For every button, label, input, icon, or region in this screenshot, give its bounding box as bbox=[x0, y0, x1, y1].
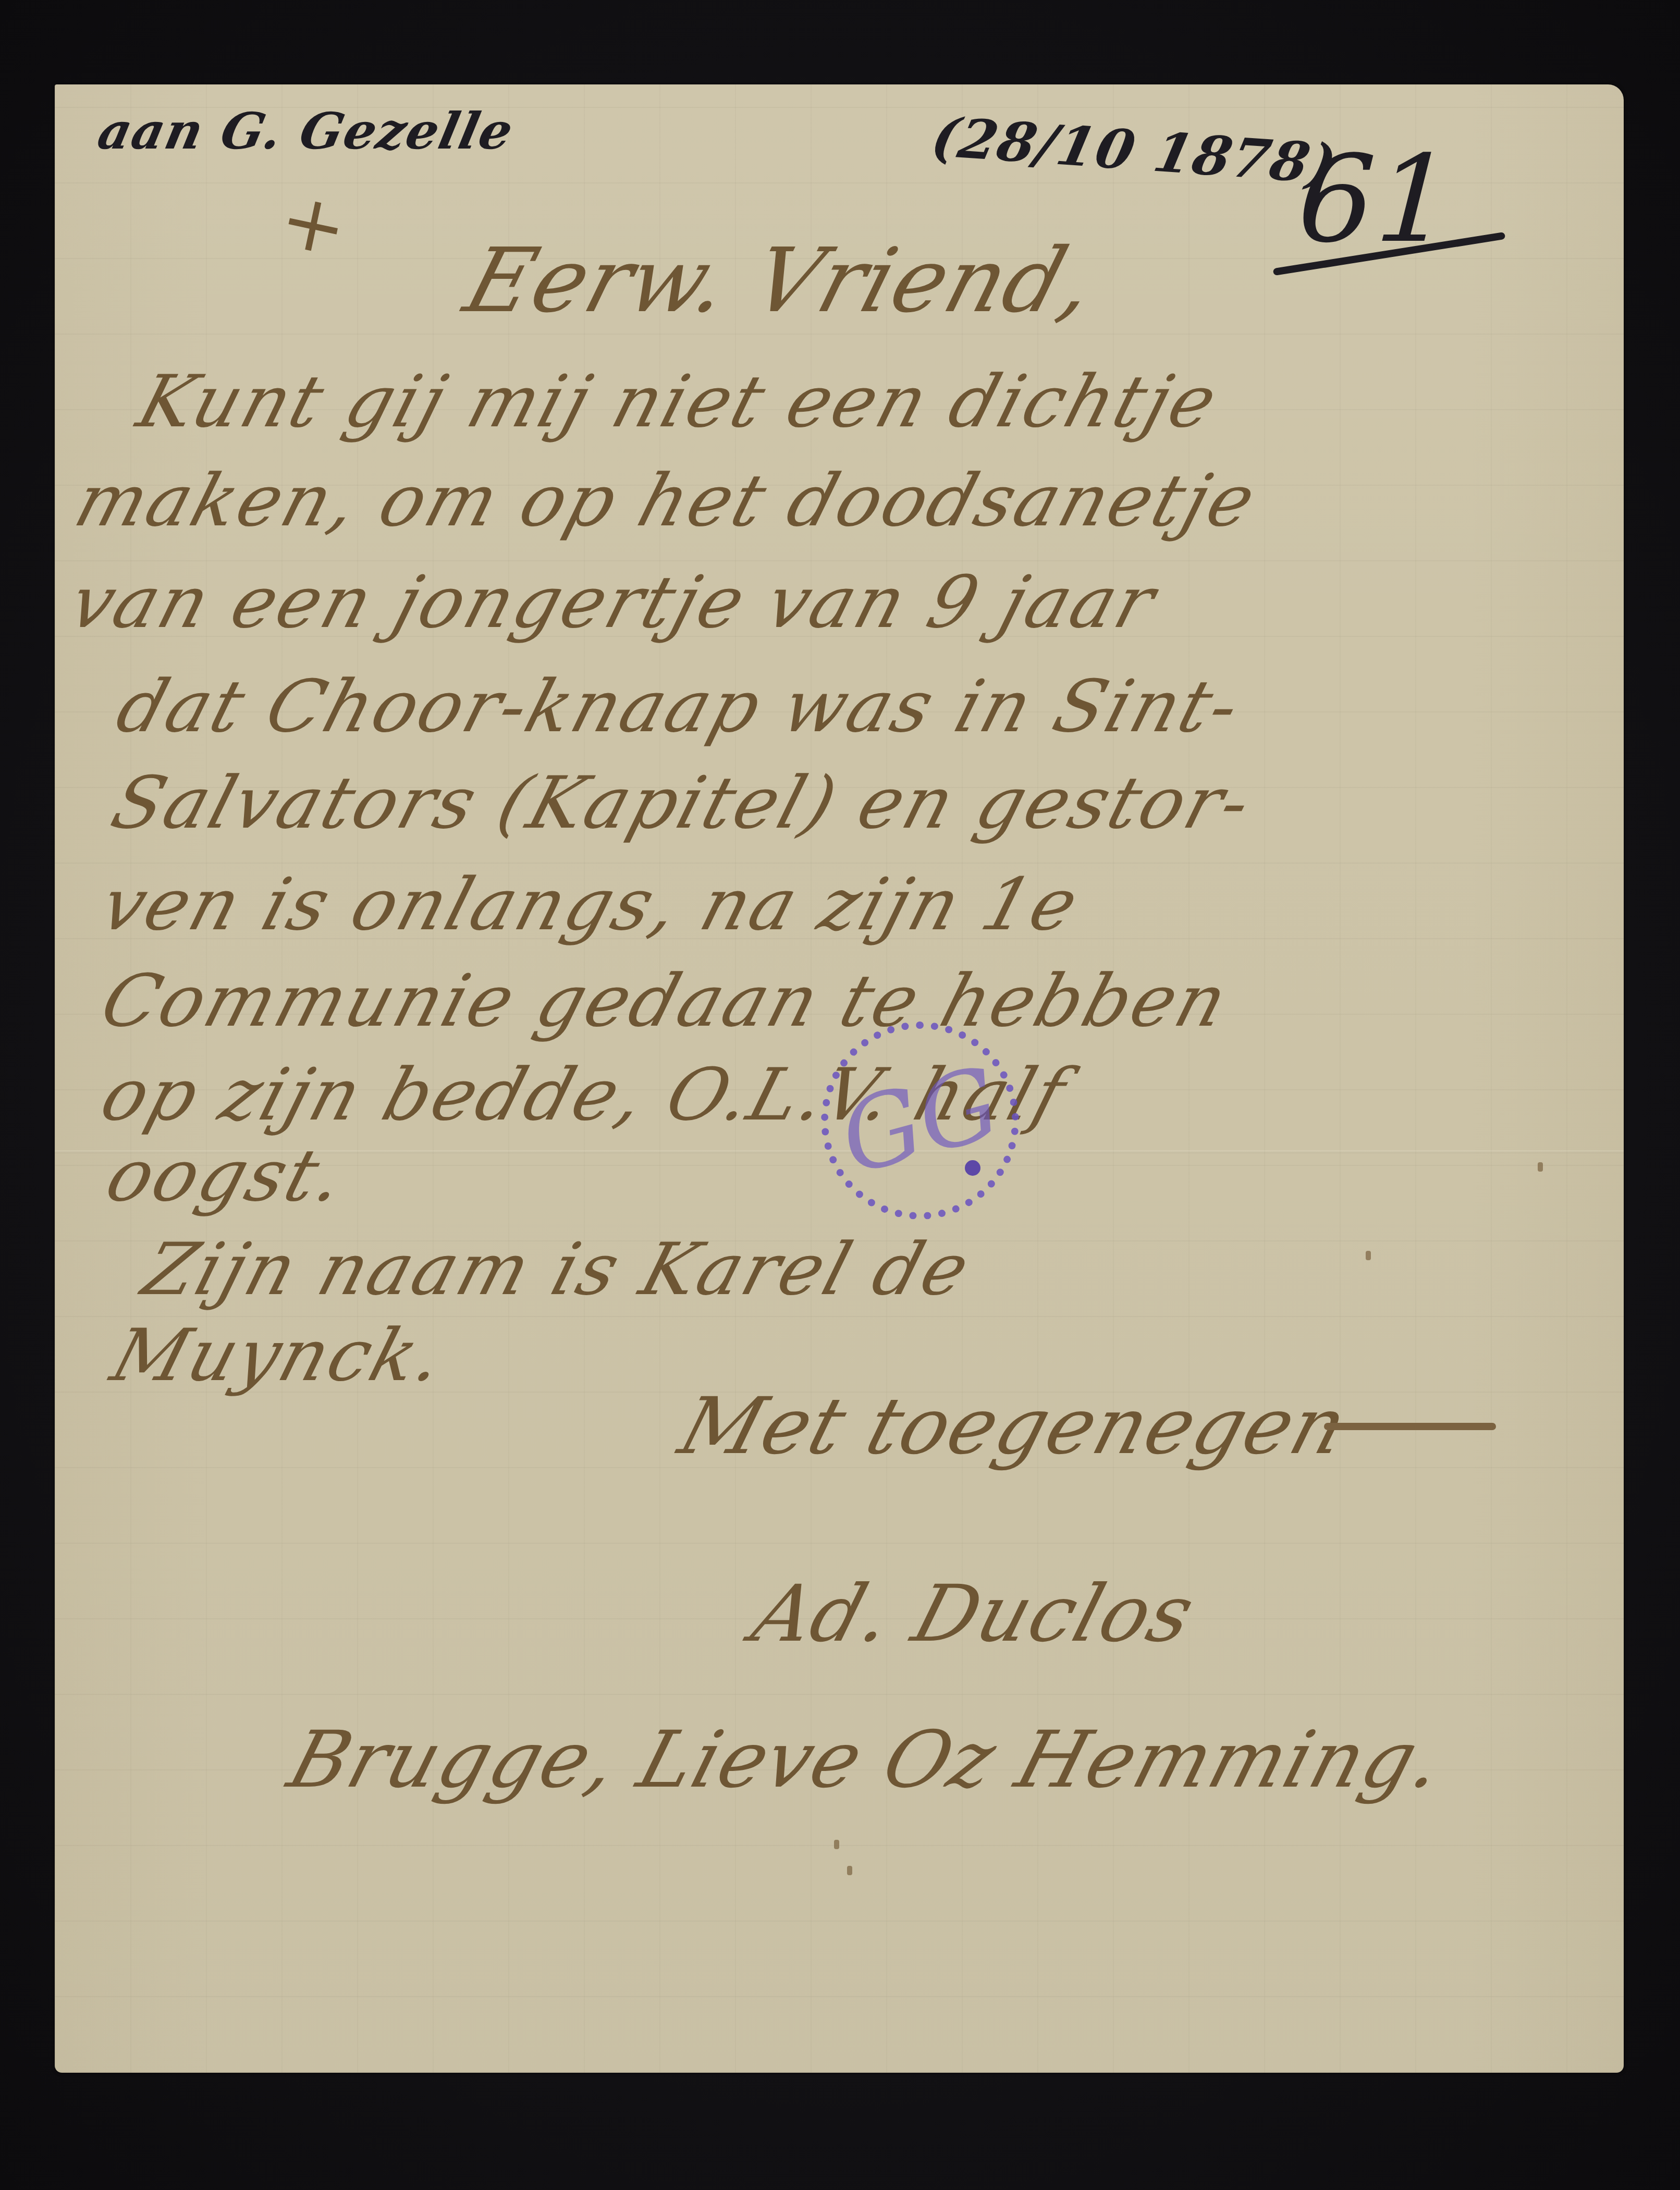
signature: Ad. Duclos bbox=[743, 1569, 1205, 1659]
salutation: Eerw. Vriend, bbox=[455, 229, 1108, 333]
stamp-ink-blot bbox=[965, 1160, 980, 1176]
body-line: Muynck. bbox=[103, 1313, 455, 1397]
recipient-annotation: aan G. Gezelle bbox=[93, 102, 519, 161]
body-line: ven is onlangs, na zijn 1e bbox=[92, 863, 1089, 946]
body-line: dat Choor-knaap was in Sint- bbox=[108, 665, 1250, 748]
closing-flourish bbox=[1324, 1423, 1496, 1430]
body-line: Kunt gij mij niet een dichtje bbox=[129, 360, 1228, 444]
body-line: Communie gedaan te hebben bbox=[92, 959, 1238, 1043]
place-line: Brugge, Lieve Oz Hemming. bbox=[279, 1715, 1454, 1805]
body-line: Salvators (Kapitel) en gestor- bbox=[103, 761, 1262, 845]
closing-phrase: Met toegenegen bbox=[670, 1381, 1357, 1472]
body-line: Zijn naam is Karel de bbox=[134, 1227, 980, 1311]
library-stamp: GG bbox=[821, 1022, 1019, 1220]
body-line: van een jongertje van 9 jaar bbox=[61, 560, 1166, 644]
body-line: maken, om op het doodsanetje bbox=[66, 459, 1267, 543]
body-line: oogst. bbox=[97, 1134, 355, 1217]
